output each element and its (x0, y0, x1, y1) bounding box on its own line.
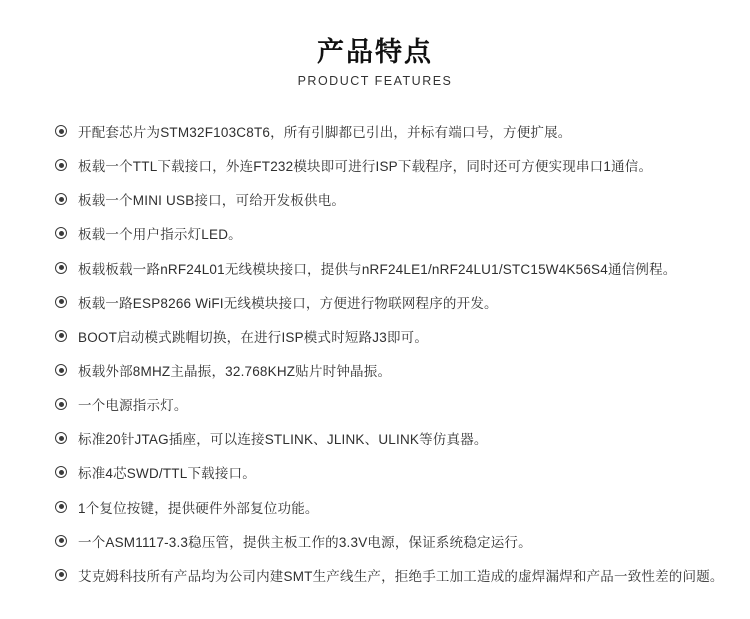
feature-item: 板载一个TTL下载接口，外连FT232模块即可进行ISP下载程序，同时还可方便实… (55, 148, 715, 182)
feature-item: 标准20针JTAG插座，可以连接STLINK、JLINK、ULINK等仿真器。 (55, 421, 715, 455)
fisheye-bullet-icon (55, 159, 67, 171)
feature-item: 板载一个MINI USB接口，可给开发板供电。 (55, 182, 715, 216)
fisheye-bullet-icon (55, 364, 67, 376)
fisheye-bullet-icon (55, 193, 67, 205)
feature-text: 1个复位按键，提供硬件外部复位功能。 (78, 497, 319, 517)
feature-text: 板载板载一路nRF24L01无线模块接口，提供与nRF24LE1/nRF24LU… (78, 258, 676, 278)
fisheye-bullet-icon (55, 227, 67, 239)
feature-text: 板载一路ESP8266 WiFI无线模块接口，方便进行物联网程序的开发。 (78, 292, 498, 312)
feature-item: 一个ASM1117-3.3稳压管，提供主板工作的3.3V电源，保证系统稳定运行。 (55, 524, 715, 558)
page-title: 产品特点 (0, 36, 750, 68)
bullet-dot (59, 231, 64, 236)
fisheye-bullet-icon (55, 466, 67, 478)
feature-item: BOOT启动模式跳帽切换，在进行ISP模式时短路J3即可。 (55, 319, 715, 353)
feature-text: BOOT启动模式跳帽切换，在进行ISP模式时短路J3即可。 (78, 326, 428, 346)
bullet-dot (59, 265, 64, 270)
feature-text: 艾克姆科技所有产品均为公司内建SMT生产线生产，拒绝手工加工造成的虚焊漏焊和产品… (78, 565, 724, 585)
feature-item: 板载一个用户指示灯LED。 (55, 216, 715, 250)
page-header: 产品特点 PRODUCT FEATURES (0, 36, 750, 88)
bullet-dot (59, 436, 64, 441)
feature-text: 标准20针JTAG插座，可以连接STLINK、JLINK、ULINK等仿真器。 (78, 428, 488, 448)
bullet-dot (59, 504, 64, 509)
bullet-dot (59, 299, 64, 304)
bullet-dot (59, 368, 64, 373)
bullet-dot (59, 538, 64, 543)
feature-item: 标准4芯SWD/TTL下载接口。 (55, 455, 715, 489)
fisheye-bullet-icon (55, 432, 67, 444)
page-subtitle: PRODUCT FEATURES (0, 74, 750, 88)
bullet-dot (59, 333, 64, 338)
fisheye-bullet-icon (55, 296, 67, 308)
fisheye-bullet-icon (55, 262, 67, 274)
feature-item: 板载外部8MHZ主晶振，32.768KHZ贴片时钟晶振。 (55, 353, 715, 387)
bullet-dot (59, 129, 64, 134)
feature-item: 板载板载一路nRF24L01无线模块接口，提供与nRF24LE1/nRF24LU… (55, 251, 715, 285)
fisheye-bullet-icon (55, 330, 67, 342)
feature-text: 一个电源指示灯。 (78, 394, 188, 414)
feature-text: 板载一个TTL下载接口，外连FT232模块即可进行ISP下载程序，同时还可方便实… (78, 155, 652, 175)
fisheye-bullet-icon (55, 125, 67, 137)
fisheye-bullet-icon (55, 535, 67, 547)
bullet-dot (59, 163, 64, 168)
bullet-dot (59, 402, 64, 407)
feature-item: 一个电源指示灯。 (55, 387, 715, 421)
bullet-dot (59, 197, 64, 202)
fisheye-bullet-icon (55, 398, 67, 410)
feature-item: 板载一路ESP8266 WiFI无线模块接口，方便进行物联网程序的开发。 (55, 285, 715, 319)
feature-text: 开配套芯片为STM32F103C8T6，所有引脚都已引出，并标有端口号，方便扩展… (78, 121, 572, 141)
bullet-dot (59, 572, 64, 577)
feature-list: 开配套芯片为STM32F103C8T6，所有引脚都已引出，并标有端口号，方便扩展… (55, 114, 715, 592)
bullet-dot (59, 470, 64, 475)
feature-item: 艾克姆科技所有产品均为公司内建SMT生产线生产，拒绝手工加工造成的虚焊漏焊和产品… (55, 558, 715, 592)
fisheye-bullet-icon (55, 569, 67, 581)
feature-item: 1个复位按键，提供硬件外部复位功能。 (55, 490, 715, 524)
feature-text: 标准4芯SWD/TTL下载接口。 (78, 462, 256, 482)
feature-text: 一个ASM1117-3.3稳压管，提供主板工作的3.3V电源，保证系统稳定运行。 (78, 531, 532, 551)
fisheye-bullet-icon (55, 501, 67, 513)
feature-item: 开配套芯片为STM32F103C8T6，所有引脚都已引出，并标有端口号，方便扩展… (55, 114, 715, 148)
feature-text: 板载一个用户指示灯LED。 (78, 223, 242, 243)
feature-text: 板载一个MINI USB接口，可给开发板供电。 (78, 189, 345, 209)
feature-text: 板载外部8MHZ主晶振，32.768KHZ贴片时钟晶振。 (78, 360, 391, 380)
product-features-page: 产品特点 PRODUCT FEATURES 开配套芯片为STM32F103C8T… (0, 0, 750, 619)
